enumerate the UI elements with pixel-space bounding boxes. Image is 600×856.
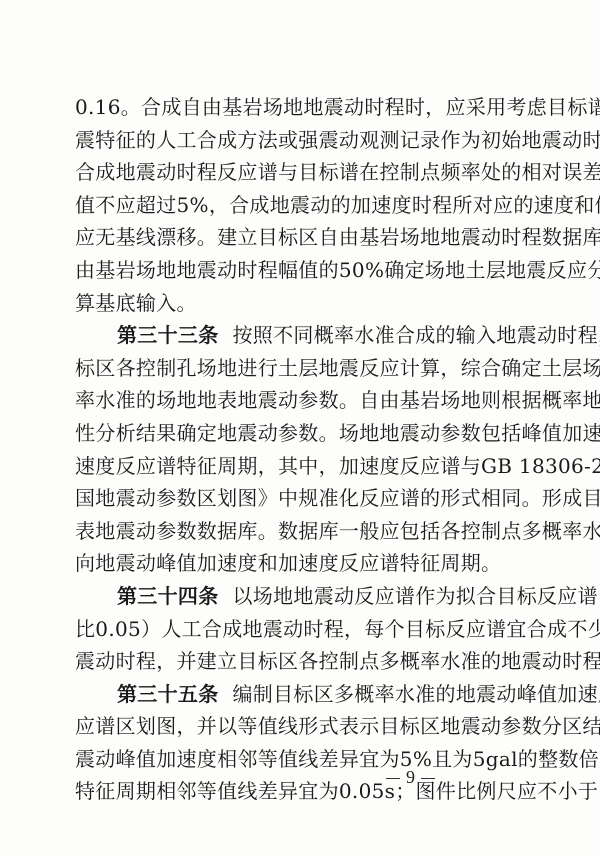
dash-decoration [421,778,435,779]
text-line: 第三十五条编制目标区多概率水准的地震动峰值加速度、反 [75,678,527,711]
page-number: 9 [0,767,600,788]
document-body: 0.16。合成自由基岩场地地震动时程时，应采用考虑目标谱控制地 震特征的人工合成… [75,91,527,808]
text-line: 应谱区划图，并以等值线形式表示目标区地震动参数分区结果。地 [75,710,527,743]
text-line: 国地震动参数区划图》中规准化反应谱的形式相同。形成目标区地 [75,482,527,515]
article-33: 第三十三条按照不同概率水准合成的输入地震动时程，对目 标区各控制孔场地进行土层地… [75,319,527,580]
text-line: 性分析结果确定地震动参数。场地地震动参数包括峰值加速度和加 [75,417,527,450]
text-line: 合成地震动时程反应谱与目标谱在控制点频率处的相对误差的绝对 [75,156,527,189]
article-35: 第三十五条编制目标区多概率水准的地震动峰值加速度、反 应谱区划图，并以等值线形式… [75,678,527,808]
text-line: 标区各控制孔场地进行土层地震反应计算，综合确定土层场地多概 [75,352,527,385]
text-line: 0.16。合成自由基岩场地地震动时程时，应采用考虑目标谱控制地 [75,91,527,124]
text-line: 第三十四条以场地地震动反应谱作为拟合目标反应谱（阻尼 [75,580,527,613]
text-line: 表地震动参数数据库。数据库一般应包括各控制点多概率水准水平 [75,515,527,548]
paragraph-continuation: 0.16。合成自由基岩场地地震动时程时，应采用考虑目标谱控制地 震特征的人工合成… [75,91,527,319]
text-line: 向地震动峰值加速度和加速度反应谱特征周期。 [75,547,527,580]
text-line: 比0.05）人工合成地震动时程，每个目标反应谱宜合成不少于5条地 [75,613,527,646]
text-line: 值不应超过5%，合成地震动的加速度时程所对应的速度和位移时程 [75,189,527,222]
article-heading: 第三十三条 [117,323,219,347]
article-heading: 第三十四条 [117,584,219,608]
page-number-value: 9 [406,767,415,787]
text-line: 震特征的人工合成方法或强震动观测记录作为初始地震动时程，且 [75,124,527,157]
text-span: 按照不同概率水准合成的输入地震动时程，对目 [233,323,600,347]
text-span: 编制目标区多概率水准的地震动峰值加速度、反 [233,682,600,706]
text-line: 算基底输入。 [75,287,527,320]
article-34: 第三十四条以场地地震动反应谱作为拟合目标反应谱（阻尼 比0.05）人工合成地震动… [75,580,527,678]
dash-decoration [386,778,400,779]
text-line: 震动时程，并建立目标区各控制点多概率水准的地震动时程数据库。 [75,645,527,678]
text-line: 速度反应谱特征周期，其中，加速度反应谱与GB 18306-2015《中 [75,450,527,483]
text-line: 率水准的场地地表地震动参数。自由基岩场地则根据概率地震危险 [75,384,527,417]
text-line: 应无基线漂移。建立目标区自由基岩场地地震动时程数据库。按自 [75,221,527,254]
article-heading: 第三十五条 [117,682,219,706]
text-line: 由基岩场地地震动时程幅值的50%确定场地土层地震反应分析的计 [75,254,527,287]
text-line: 第三十三条按照不同概率水准合成的输入地震动时程，对目 [75,319,527,352]
text-span: 以场地地震动反应谱作为拟合目标反应谱（阻尼 [233,584,600,608]
